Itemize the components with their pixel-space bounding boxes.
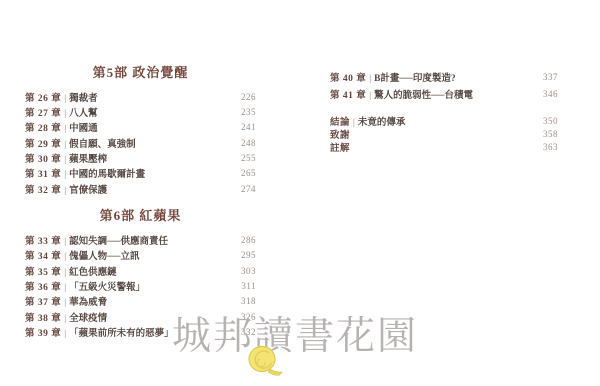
- toc-row-text: 第 32 章|官僚保護: [25, 180, 107, 198]
- page-number: 274: [241, 184, 256, 194]
- separator: |: [64, 139, 66, 149]
- toc-left-column: 第5部 政治覺醒 第 26 章|獨裁者226第 27 章|八人幫235第 28 …: [25, 66, 256, 340]
- separator: |: [64, 267, 66, 277]
- part-6-chapter-list: 第 33 章|認知失調──供應商責任286第 34 章|傀儡人物──立訊295第…: [25, 232, 256, 339]
- toc-row-text: 第 41 章|驚人的脆弱性──台積電: [330, 85, 473, 103]
- page-number: 332: [241, 327, 256, 337]
- separator: |: [64, 313, 66, 323]
- toc-row-text: 第 40 章|B計畫──印度製造?: [330, 68, 456, 86]
- chapter-title: B計畫──印度製造?: [374, 74, 456, 84]
- page-number: 350: [543, 116, 558, 126]
- separator: |: [369, 73, 371, 83]
- page-number: 241: [241, 122, 256, 132]
- page-number: 326: [241, 312, 256, 322]
- page-number: 346: [543, 89, 558, 99]
- page-number: 248: [241, 138, 256, 148]
- page-number: 295: [241, 250, 256, 260]
- page-number: 337: [543, 72, 558, 82]
- chapter-label: 註解: [330, 144, 350, 154]
- toc-row: 第 32 章|官僚保護274: [25, 181, 256, 196]
- chapter-title: 官僚保護: [69, 186, 107, 196]
- toc-row: 結論|未竟的傳承350: [330, 114, 558, 127]
- separator: |: [64, 108, 66, 118]
- toc-row: 第 39 章|「蘋果前所未有的惡夢」332: [25, 324, 256, 339]
- chapter-title: 驚人的脆弱性──台積電: [374, 91, 473, 101]
- page-number: 226: [241, 92, 256, 102]
- toc-row-text: 第 39 章|「蘋果前所未有的惡夢」: [25, 323, 174, 341]
- chapter-title: 未竟的傳承: [358, 118, 406, 128]
- page-number: 255: [241, 153, 256, 163]
- separator: |: [64, 282, 66, 292]
- chapter-label: 第 41 章: [330, 91, 366, 101]
- toc-right-column: 第 40 章|B計畫──印度製造?337第 41 章|驚人的脆弱性──台積電34…: [330, 68, 558, 153]
- part-5-header: 第5部 政治覺醒: [25, 66, 256, 80]
- separator: |: [353, 117, 355, 127]
- toc-row-text: 註解: [330, 138, 350, 156]
- page-number: 358: [543, 129, 558, 139]
- separator: |: [64, 169, 66, 179]
- separator: |: [64, 328, 66, 338]
- backmatter-list: 結論|未竟的傳承350致謝358註解363: [330, 114, 558, 153]
- page-number: 311: [241, 281, 256, 291]
- toc-row: 第 40 章|B計畫──印度製造?337: [330, 68, 558, 85]
- page-number: 303: [241, 266, 256, 276]
- chapter-label: 第 32 章: [25, 186, 61, 196]
- separator: |: [64, 251, 66, 261]
- separator: |: [64, 185, 66, 195]
- chapter-title: 「蘋果前所未有的惡夢」: [69, 329, 174, 339]
- snail-mascot-icon: [246, 345, 286, 382]
- toc-row: 註解363: [330, 140, 558, 153]
- page-number: 286: [241, 235, 256, 245]
- separator: |: [64, 297, 66, 307]
- separator: |: [64, 123, 66, 133]
- chapter-label: 第 40 章: [330, 74, 366, 84]
- page-number: 318: [241, 296, 256, 306]
- chapter-label: 第 39 章: [25, 329, 61, 339]
- right-chapter-list: 第 40 章|B計畫──印度製造?337第 41 章|驚人的脆弱性──台積電34…: [330, 68, 558, 102]
- page-number: 363: [543, 142, 558, 152]
- part-6-header: 第6部 紅蘋果: [25, 209, 256, 223]
- separator: |: [64, 93, 66, 103]
- part-5-chapter-list: 第 26 章|獨裁者226第 27 章|八人幫235第 28 章|中國通241第…: [25, 89, 256, 196]
- book-toc-page: 第5部 政治覺醒 第 26 章|獨裁者226第 27 章|八人幫235第 28 …: [0, 0, 600, 386]
- page-number: 265: [241, 168, 256, 178]
- separator: |: [369, 90, 371, 100]
- separator: |: [64, 154, 66, 164]
- separator: |: [64, 236, 66, 246]
- page-number: 235: [241, 107, 256, 117]
- toc-row: 第 41 章|驚人的脆弱性──台積電346: [330, 85, 558, 102]
